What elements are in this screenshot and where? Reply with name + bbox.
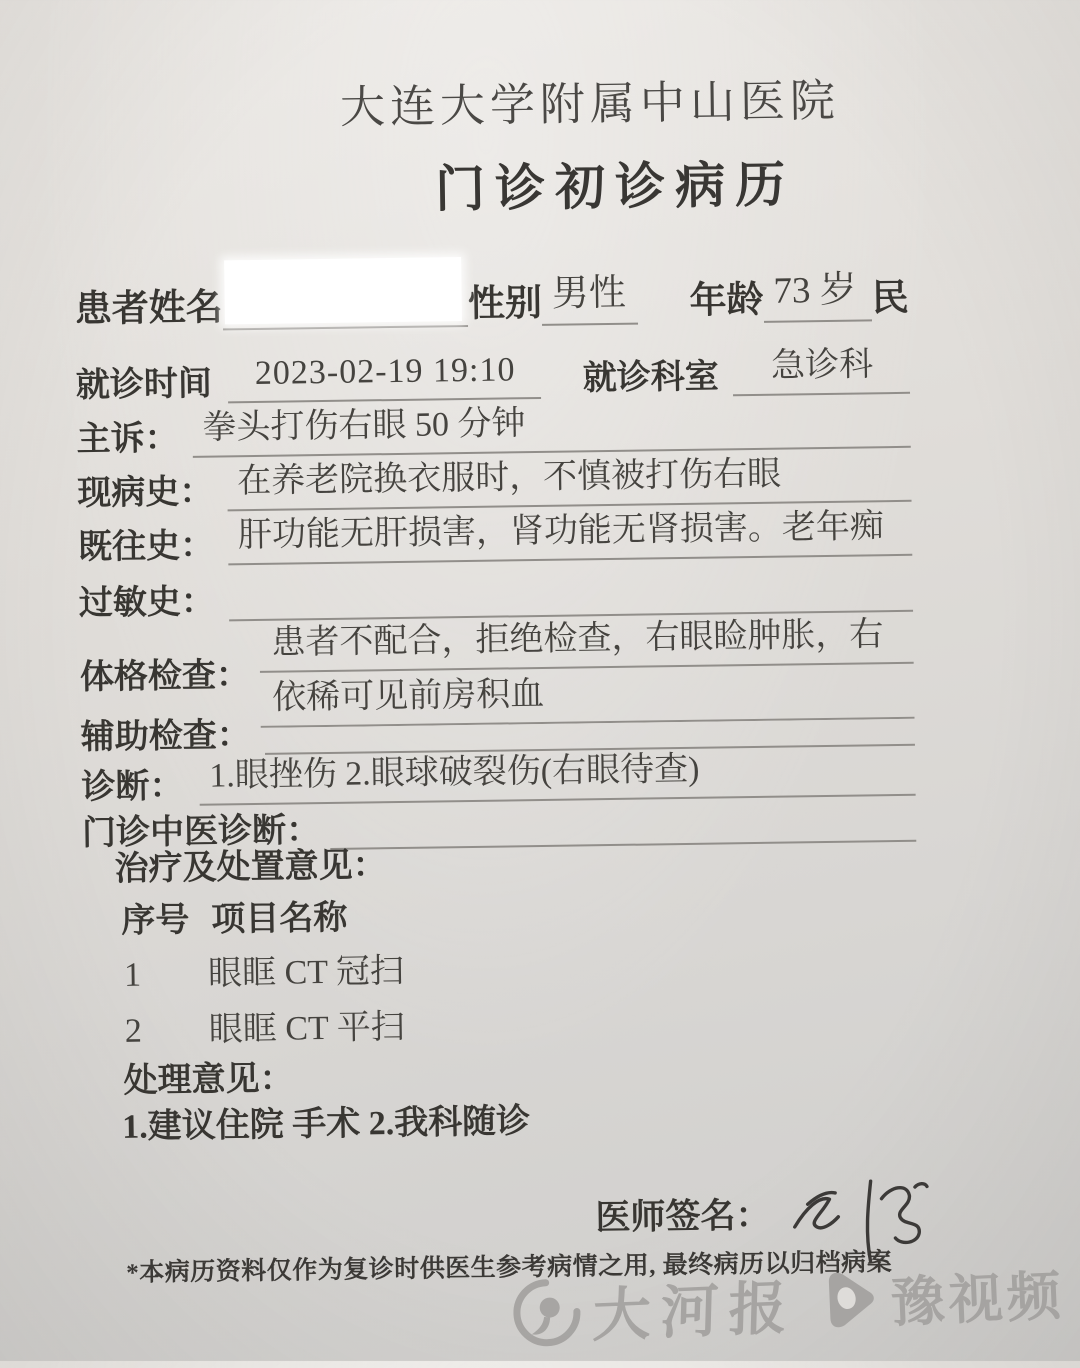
visit-info-row: 就诊时间 2023-02-19 19:10 就诊科室 急诊科	[75, 345, 910, 406]
allergy-history-value	[228, 563, 913, 622]
physical-exam-line1: 患者不配合，拒绝检查，右眼睑肿胀，右	[259, 613, 914, 673]
redacted-name-overlay	[224, 257, 462, 324]
past-history-value: 肝功能无肝损害，肾功能无肾损害。老年痴	[228, 507, 913, 566]
auxiliary-exam-label: 辅助检查：	[80, 716, 251, 757]
allergy-history-label: 过敏史：	[79, 582, 216, 623]
order-header-no: 序号	[121, 901, 190, 941]
order-header-name: 项目名称	[211, 899, 348, 940]
patient-name-label: 患者姓名	[74, 287, 223, 332]
hospital-name: 大连大学附属中山医院	[339, 64, 840, 136]
disposition-value: 1.建议住院 手术 2.我科随诊	[122, 1102, 531, 1147]
patient-identity-row: 患者姓名 性别 男性 年龄 73 岁 民	[74, 269, 909, 332]
document-title: 门诊初诊病历	[435, 144, 796, 221]
order-row: 1 眼眶 CT 冠扫	[84, 945, 918, 996]
order-no: 2	[125, 1011, 210, 1051]
visit-dept-value: 急诊科	[732, 345, 910, 396]
gender-value: 男性	[542, 273, 638, 326]
order-no: 1	[124, 955, 209, 995]
physician-signature-label: 医师签名：	[595, 1188, 771, 1240]
chief-complaint-value: 拳头打伤右眼 50 分钟	[192, 399, 911, 458]
order-row: 2 眼眶 CT 平扫	[85, 1001, 919, 1052]
treatment-opinion-label: 治疗及处置意见：	[114, 846, 387, 889]
visit-dept-label: 就诊科室	[583, 357, 720, 398]
present-illness-value: 在养老院换衣服时，不慎被打伤右眼	[227, 453, 912, 512]
order-header-row: 序号 项目名称	[83, 891, 917, 942]
order-name: 眼眶 CT 冠扫	[208, 952, 404, 994]
auxiliary-exam-value	[264, 697, 915, 755]
play-icon	[815, 1268, 880, 1333]
physical-exam-label: 体格检查：	[80, 656, 251, 697]
chief-complaint-row: 主诉： 拳头打伤右眼 50 分钟	[76, 399, 911, 460]
ethnicity-label: 民	[871, 278, 909, 321]
disposition-value-row: 1.建议住院 手术 2.我科随诊	[86, 1097, 920, 1148]
disposition-label: 处理意见：	[123, 1059, 294, 1100]
age-label: 年龄	[689, 280, 764, 324]
medical-record-sheet: 大连大学附属中山医院 门诊初诊病历 患者姓名 性别 男性 年龄 73 岁 民 就…	[0, 0, 1080, 1361]
age-value: 73 岁	[763, 269, 872, 322]
past-history-label: 既往史：	[78, 526, 215, 567]
patient-name-field	[222, 278, 468, 330]
dahe-logo-icon	[509, 1275, 584, 1350]
diagnosis-label: 诊断：	[81, 767, 184, 808]
visit-time-label: 就诊时间	[76, 364, 213, 405]
gender-label: 性别	[468, 283, 543, 327]
chief-complaint-label: 主诉：	[76, 419, 179, 460]
dahe-brand-text: 大河报	[592, 1260, 798, 1353]
present-illness-label: 现病史：	[77, 472, 214, 513]
yushipin-brand-text: 豫视频	[889, 1253, 1066, 1337]
present-illness-row: 现病史： 在养老院换衣服时，不慎被打伤右眼	[77, 453, 912, 514]
past-history-row: 既往史： 肝功能无肝损害，肾功能无肾损害。老年痴	[78, 507, 913, 568]
order-name: 眼眶 CT 平扫	[209, 1008, 405, 1050]
disposition-heading-row: 处理意见：	[85, 1051, 919, 1102]
visit-time-value: 2023-02-19 19:10	[227, 350, 541, 403]
